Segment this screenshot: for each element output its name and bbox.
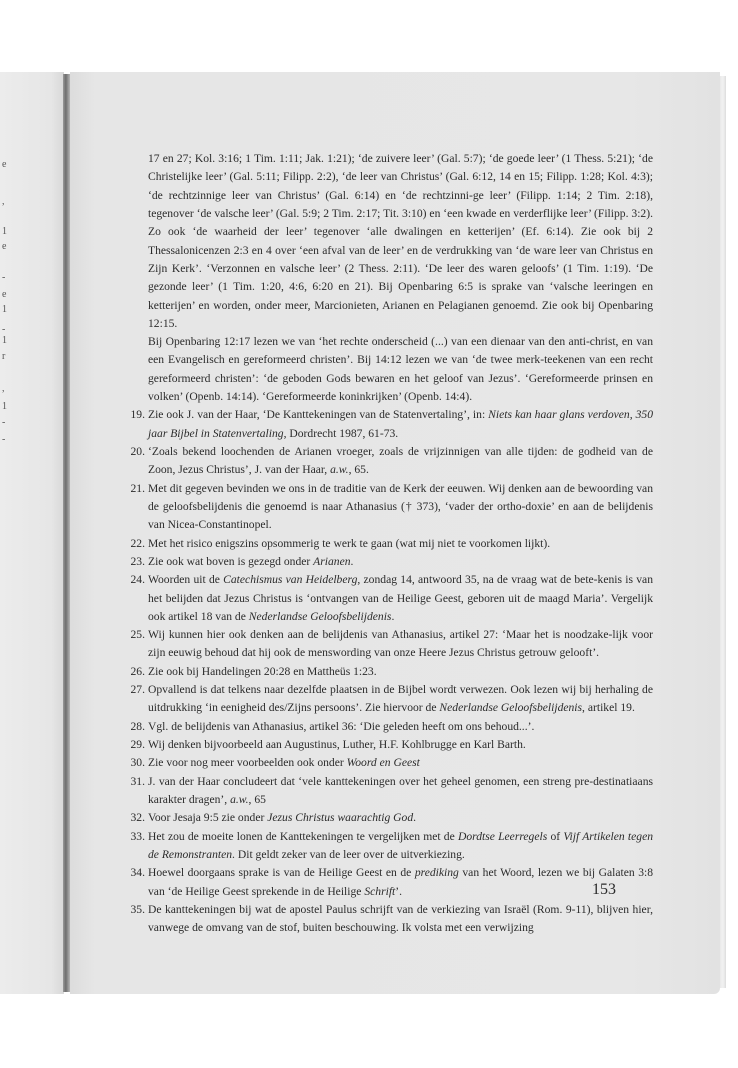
- footnote-italic-text: a.w.: [230, 793, 248, 806]
- footnote-22: 22.Met het risico enigszins opsommerig t…: [148, 535, 653, 553]
- facing-page-glyph: 1: [2, 402, 7, 412]
- footnote-number: 22.: [121, 535, 145, 553]
- footnote-number: 20.: [121, 443, 145, 461]
- footnote-number: 29.: [121, 736, 145, 754]
- footnote-number: 26.: [121, 663, 145, 681]
- footnote-text: .: [413, 811, 416, 824]
- footnote-number: 35.: [121, 901, 145, 919]
- footnotes-text-block: 17 en 27; Kol. 3:16; 1 Tim. 1:11; Jak. 1…: [148, 150, 653, 937]
- facing-page-glyph: e: [2, 242, 6, 252]
- footnote-number: 33.: [121, 828, 145, 846]
- footnote-text: Vgl. de belijdenis van Athanasius, artik…: [148, 720, 534, 733]
- footnote-20: 20.‘Zoals bekend loochenden de Arianen v…: [148, 443, 653, 480]
- footnote-text: Met dit gegeven bevinden we ons in de tr…: [148, 482, 653, 532]
- footnote-number: 27.: [121, 681, 145, 699]
- footnote-text: . Dit geldt zeker van de leer over de ui…: [232, 848, 465, 861]
- footnote-italic-text: Jezus Christus waarachtig God: [267, 811, 413, 824]
- footnote-text: Zie ook wat boven is gezegd onder: [148, 555, 313, 568]
- footnote-italic-text: Catechismus van Heidelberg: [223, 573, 357, 586]
- page-number: 153: [592, 881, 616, 899]
- footnote-text: , Dordrecht 1987, 61-73.: [284, 427, 399, 440]
- footnote-text: , 65.: [349, 463, 369, 476]
- page-edge: [720, 76, 726, 988]
- footnote-text: , 65: [249, 793, 266, 806]
- footnote-35: 35.De kanttekeningen bij wat de apostel …: [148, 901, 653, 938]
- footnote-italic-text: Arianen: [313, 555, 350, 568]
- footnote-italic-text: a.w.: [330, 463, 348, 476]
- footnote-text: .: [351, 555, 354, 568]
- footnote-19: 19.Zie ook J. van der Haar, ‘De Kantteke…: [148, 406, 653, 443]
- footnote-text: De kanttekeningen bij wat de apostel Pau…: [148, 903, 653, 934]
- footnote-number: 31.: [121, 773, 145, 791]
- footnote-number: 28.: [121, 718, 145, 736]
- footnote-number: 32.: [121, 809, 145, 827]
- footnote-18-continuation: 17 en 27; Kol. 3:16; 1 Tim. 1:11; Jak. 1…: [148, 150, 653, 333]
- facing-page-glyph: ,: [2, 197, 5, 207]
- footnote-text: Wij kunnen hier ook denken aan de belijd…: [148, 628, 653, 659]
- footnote-text: of: [547, 830, 563, 843]
- footnote-31: 31.J. van der Haar concludeert dat ‘vele…: [148, 773, 653, 810]
- footnote-18-continuation-paragraph: Bij Openbaring 12:17 lezen we van ‘het r…: [148, 333, 653, 406]
- footnote-28: 28.Vgl. de belijdenis van Athanasius, ar…: [148, 718, 653, 736]
- footnote-number: 21.: [121, 480, 145, 498]
- footnote-34: 34.Hoewel doorgaans sprake is van de Hei…: [148, 864, 653, 901]
- footnote-text: , artikel 19.: [582, 701, 635, 714]
- footnote-number: 30.: [121, 754, 145, 772]
- footnote-text: Zie voor nog meer voorbeelden ook onder: [148, 756, 347, 769]
- footnote-italic-text: Schrift: [364, 885, 395, 898]
- footnote-text: Zie ook bij Handelingen 20:28 en Mattheü…: [148, 665, 377, 678]
- footnote-text: ‘Zoals bekend loochenden de Arianen vroe…: [148, 445, 653, 476]
- footnote-30: 30.Zie voor nog meer voorbeelden ook ond…: [148, 754, 653, 772]
- footnote-number: 23.: [121, 553, 145, 571]
- facing-page-glyph: -: [2, 273, 5, 283]
- footnote-text: ’.: [395, 885, 402, 898]
- facing-page-glyph: r: [2, 352, 5, 362]
- footnote-list: 19.Zie ook J. van der Haar, ‘De Kantteke…: [148, 406, 653, 937]
- footnote-text: Zie ook J. van der Haar, ‘De Kanttekenin…: [148, 408, 488, 421]
- footnote-text: Voor Jesaja 9:5 zie onder: [148, 811, 267, 824]
- facing-page-glyph: e: [2, 160, 6, 170]
- footnote-italic-text: Dordtse Leerregels: [458, 830, 547, 843]
- footnote-text: Hoewel doorgaans sprake is van de Heilig…: [148, 866, 415, 879]
- facing-page-glyph: 1: [2, 336, 7, 346]
- footnote-text: Het zou de moeite lonen de Kanttekeninge…: [148, 830, 458, 843]
- facing-page-glyph: -: [2, 435, 5, 445]
- footnote-24: 24.Woorden uit de Catechismus van Heidel…: [148, 571, 653, 626]
- footnote-text: Wij denken bijvoorbeeld aan Augustinus, …: [148, 738, 526, 751]
- footnote-29: 29.Wij denken bijvoorbeeld aan Augustinu…: [148, 736, 653, 754]
- footnote-italic-text: Nederlandse Geloofsbelijdenis: [439, 701, 582, 714]
- footnote-number: 25.: [121, 626, 145, 644]
- facing-page-glyph: 1: [2, 305, 7, 315]
- facing-page-glyph: -: [2, 325, 5, 335]
- footnote-text: Met het risico enigszins opsommerig te w…: [148, 537, 550, 550]
- footnote-33: 33.Het zou de moeite lonen de Kanttekeni…: [148, 828, 653, 865]
- footnote-number: 34.: [121, 864, 145, 882]
- footnote-23: 23.Zie ook wat boven is gezegd onder Ari…: [148, 553, 653, 571]
- footnote-text: .: [391, 610, 394, 623]
- facing-page-glyph: ,: [2, 384, 5, 394]
- footnote-italic-text: prediking: [415, 866, 459, 879]
- facing-page-glyph: e: [2, 290, 6, 300]
- footnote-italic-text: Nederlandse Geloofsbelijdenis: [249, 610, 392, 623]
- footnote-21: 21.Met dit gegeven bevinden we ons in de…: [148, 480, 653, 535]
- footnote-26: 26.Zie ook bij Handelingen 20:28 en Matt…: [148, 663, 653, 681]
- facing-page-glyph: 1: [2, 227, 7, 237]
- footnote-27: 27.Opvallend is dat telkens naar dezelfd…: [148, 681, 653, 718]
- footnote-number: 19.: [121, 406, 145, 424]
- footnote-number: 24.: [121, 571, 145, 589]
- footnote-32: 32.Voor Jesaja 9:5 zie onder Jezus Chris…: [148, 809, 653, 827]
- facing-page-glyph: -: [2, 418, 5, 428]
- book-spine: [63, 74, 70, 992]
- footnote-italic-text: Woord en Geest: [347, 756, 420, 769]
- footnote-text: Woorden uit de: [148, 573, 223, 586]
- footnote-text: J. van der Haar concludeert dat ‘vele ka…: [148, 775, 653, 806]
- facing-left-page: [0, 72, 64, 994]
- footnote-25: 25.Wij kunnen hier ook denken aan de bel…: [148, 626, 653, 663]
